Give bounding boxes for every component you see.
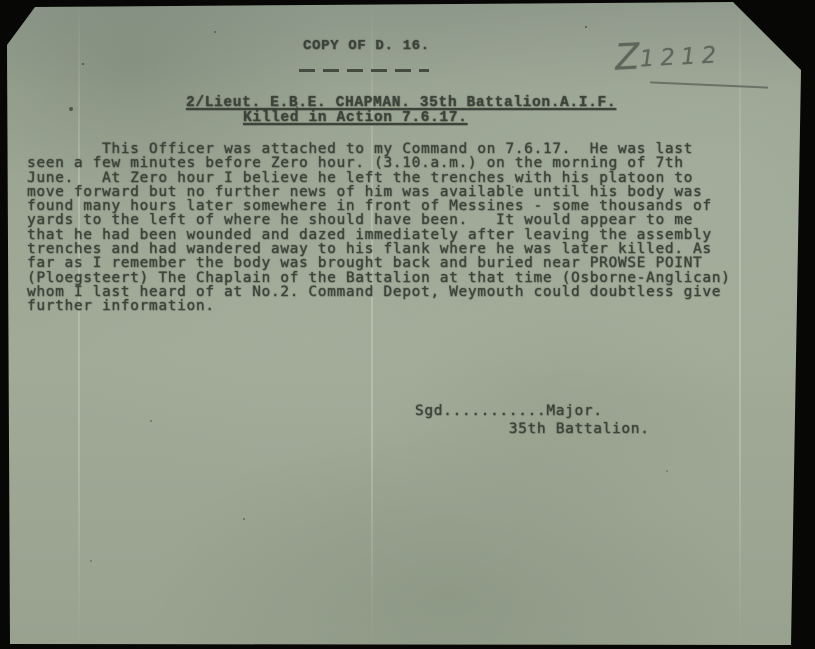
signature-block: Sgd...........Major. 35th Battalion.	[415, 402, 650, 438]
stamp-underline	[299, 69, 429, 72]
copy-stamp-text: COPY OF D. 16.	[303, 38, 430, 54]
document-body-paragraph: This Officer was attached to my Command …	[27, 142, 730, 314]
handwritten-reference: Z1212	[614, 35, 723, 77]
fold-crease-right	[739, 0, 741, 649]
paper-sheet: COPY OF D. 16. 2/Lieut. E.B.E. CHAPMAN. …	[0, 0, 815, 649]
fold-crease-left	[78, 0, 80, 649]
paper-speckles	[0, 0, 2, 2]
document-title-line2: Killed in Action 7.6.17.	[243, 110, 467, 126]
handwritten-reference-letter: Z	[614, 37, 641, 79]
handwritten-underline	[650, 81, 768, 88]
scanned-document: COPY OF D. 16. 2/Lieut. E.B.E. CHAPMAN. …	[0, 0, 815, 649]
handwritten-reference-number: 1212	[639, 42, 723, 72]
document-title-line1: 2/Lieut. E.B.E. CHAPMAN. 35th Battalion.…	[186, 95, 616, 111]
